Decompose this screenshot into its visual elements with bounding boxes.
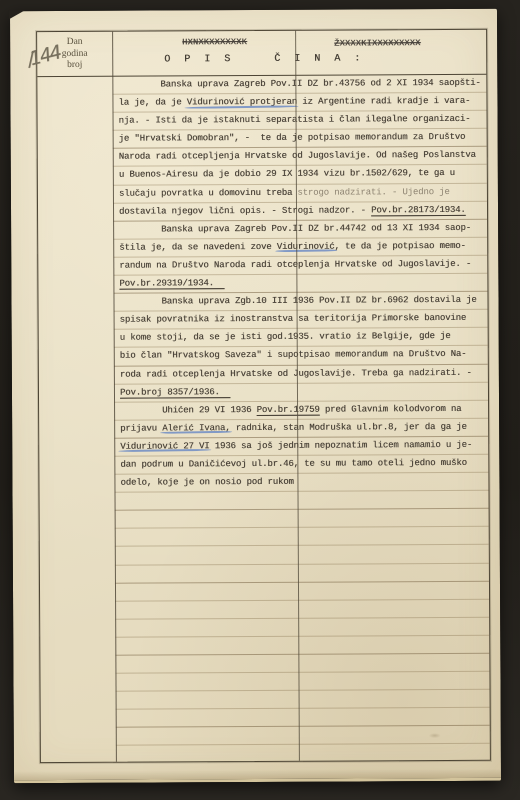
ruled-line-empty — [115, 618, 489, 638]
form-title-opis-cina: O P I S Č I N A : — [164, 53, 364, 65]
typed-text: Uhićen 29 VI 1936 — [120, 405, 257, 416]
typed-underlined-reference: Pov.br.28173/1934. — [371, 205, 466, 215]
typed-text: la je, da je — [118, 97, 186, 107]
typed-text: dostavila njegov lični opis. - Strogi na… — [119, 205, 371, 216]
typed-text: Banska uprava Zgb.10 III 1936 Pov.II DZ … — [119, 295, 476, 307]
typed-text: iz Argentine radi kradje i vara- — [297, 96, 470, 107]
photo-backdrop: ∕144 Dan godina broj HXNXKXXXXXXK ŽXXXXK… — [0, 0, 520, 800]
typed-line: je "Hrvatski Domobran", - te da je potpi… — [113, 129, 487, 149]
typed-text: Naroda radi otcepljenja Hrvatske od Jugo… — [119, 150, 476, 162]
typed-text: Banska uprava Zagreb Pov.II DZ br.44742 … — [119, 223, 471, 235]
ruled-line-empty — [115, 672, 489, 692]
typed-line: roda radi otceplenja Hrvatske od Jugosla… — [114, 364, 488, 384]
column-header-description: HXNXKXXXXXXK ŽXXXXKIXXXXXXXXX O P I S Č … — [112, 30, 486, 76]
blue-pencil-underlined-text: Vidurinović 27 VI — [120, 441, 209, 451]
ruled-line-empty — [115, 509, 489, 529]
typed-text: pred Glavnim kolodvorom na — [320, 404, 462, 415]
typed-text: prijavu — [120, 423, 162, 433]
typed-text: bio član "Hrvatskog Saveza" i supotpisao… — [120, 349, 467, 361]
ruled-line-empty — [116, 744, 490, 761]
typed-line: nja. - Isti da je istaknuti separatista … — [113, 111, 487, 131]
blue-pencil-underlined-text: Vidurinović protjeran — [187, 97, 297, 108]
scanned-paper: ∕144 Dan godina broj HXNXKXXXXXXK ŽXXXXK… — [10, 9, 501, 784]
typed-text: je "Hrvatski Domobran", - te da je potpi… — [119, 132, 466, 144]
typed-line: Pov.br.29319/1934. — [113, 274, 487, 294]
ruled-line-empty — [115, 581, 489, 601]
typed-text: slučaju povratka u domovinu treba — [119, 187, 298, 198]
typed-line: bio član "Hrvatskog Saveza" i supotpisao… — [114, 346, 488, 366]
typed-line: štila je, da se navedeni zove Vidurinovi… — [113, 238, 487, 258]
typed-text: nja. - Isti da je istaknuti separatista … — [119, 114, 471, 126]
typed-text: štila je, da se navedeni zove — [119, 242, 277, 253]
typed-line: la je, da je Vidurinović protjeran iz Ar… — [112, 93, 486, 113]
blue-pencil-underlined-text: Vidurinović — [277, 241, 335, 251]
typed-line: dan podrum u Daničićevoj ul.br.46, te su… — [114, 455, 488, 475]
record-form-table: Dan godina broj HXNXKXXXXXXK ŽXXXXKIXXXX… — [36, 29, 491, 763]
typed-text: radnika, stan Modruška ul.br.8, jer da g… — [230, 422, 466, 433]
entry-text-area: Banska uprava Zagreb Pov.II DZ br.43756 … — [112, 75, 490, 762]
typed-line: Banska uprava Zagreb Pov.II DZ br.44742 … — [113, 220, 487, 240]
ruled-line-empty — [115, 654, 489, 674]
ruled-line-empty — [116, 690, 490, 710]
typed-line: Naroda radi otcepljenja Hrvatske od Jugo… — [113, 147, 487, 167]
typed-line: Banska uprava Zgb.10 III 1936 Pov.II DZ … — [113, 292, 487, 312]
table-header-row: Dan godina broj HXNXKXXXXXXK ŽXXXXKIXXXX… — [37, 30, 486, 77]
typed-text: dan podrum u Daničićevoj ul.br.46, te su… — [120, 458, 467, 470]
typed-text: u Buenos-Airesu da je dobio 29 IX 1934 v… — [119, 168, 455, 180]
typed-line: u Buenos-Airesu da je dobio 29 IX 1934 v… — [113, 165, 487, 185]
ruled-line-empty — [116, 708, 490, 728]
ruled-line-empty — [115, 599, 489, 619]
table-body: Banska uprava Zagreb Pov.II DZ br.43756 … — [37, 75, 490, 762]
ruled-line-empty — [115, 527, 489, 547]
typed-line: Vidurinović 27 VI 1936 sa još jednim nep… — [114, 437, 488, 457]
typed-underlined-reference: Pov.broj 8357/1936. — [120, 387, 230, 398]
typed-text: 1936 sa još jednim nepoznatim licem nama… — [210, 440, 473, 451]
typed-text: strogo nadzirati. - Ujedno je — [297, 187, 449, 198]
typed-line: prijavu Alerić Ivana, radnika, stan Modr… — [114, 419, 488, 439]
typed-line: u kome stoji, da se je isti god.1935. vr… — [114, 328, 488, 348]
struck-out-text-right: ŽXXXXKIXXXXXXXXX — [334, 38, 420, 48]
typed-line: Uhićen 29 VI 1936 Pov.br.19759 pred Glav… — [114, 400, 488, 420]
typed-text: randum na Društvo Naroda radi otceplenja… — [119, 259, 471, 271]
typed-line: Pov.broj 8357/1936. — [114, 382, 488, 402]
blue-pencil-underlined-text: Alerić Ivana, — [162, 423, 230, 433]
typed-line: randum na Društvo Naroda radi otceplenja… — [113, 256, 487, 276]
typed-line: dostavila njegov lični opis. - Strogi na… — [113, 201, 487, 221]
paper-smudge — [429, 733, 441, 738]
ruled-line-empty — [115, 563, 489, 583]
typed-line: spisak povratnika iz inostranstva sa ter… — [114, 310, 488, 330]
typed-line: Banska uprava Zagreb Pov.II DZ br.43756 … — [112, 75, 486, 95]
typed-text: u kome stoji, da se je isti god.1935. vr… — [120, 331, 451, 343]
typed-text: roda radi otceplenja Hrvatske od Jugosla… — [120, 367, 472, 379]
typed-text: Banska uprava Zagreb Pov.II DZ br.43756 … — [118, 78, 480, 90]
typed-text: odelo, koje je on nosio pod rukom — [120, 477, 293, 488]
typed-underlined-reference: Pov.br.19759 — [257, 404, 320, 414]
typed-line: odelo, koje je on nosio pod rukom — [114, 473, 488, 493]
ruled-line-empty — [115, 636, 489, 656]
struck-out-text-left: HXNXKXXXXXXK — [182, 37, 247, 47]
ruled-line-empty — [115, 491, 489, 511]
ruled-line-empty — [115, 545, 489, 565]
typed-text: spisak povratnika iz inostranstva sa ter… — [120, 313, 467, 325]
typed-text: , te da je potpisao memo- — [334, 241, 465, 252]
date-column-empty — [37, 77, 116, 762]
typed-line: slučaju povratka u domovinu treba strogo… — [113, 183, 487, 203]
typed-underlined-reference: Pov.br.29319/1934. — [119, 278, 224, 289]
